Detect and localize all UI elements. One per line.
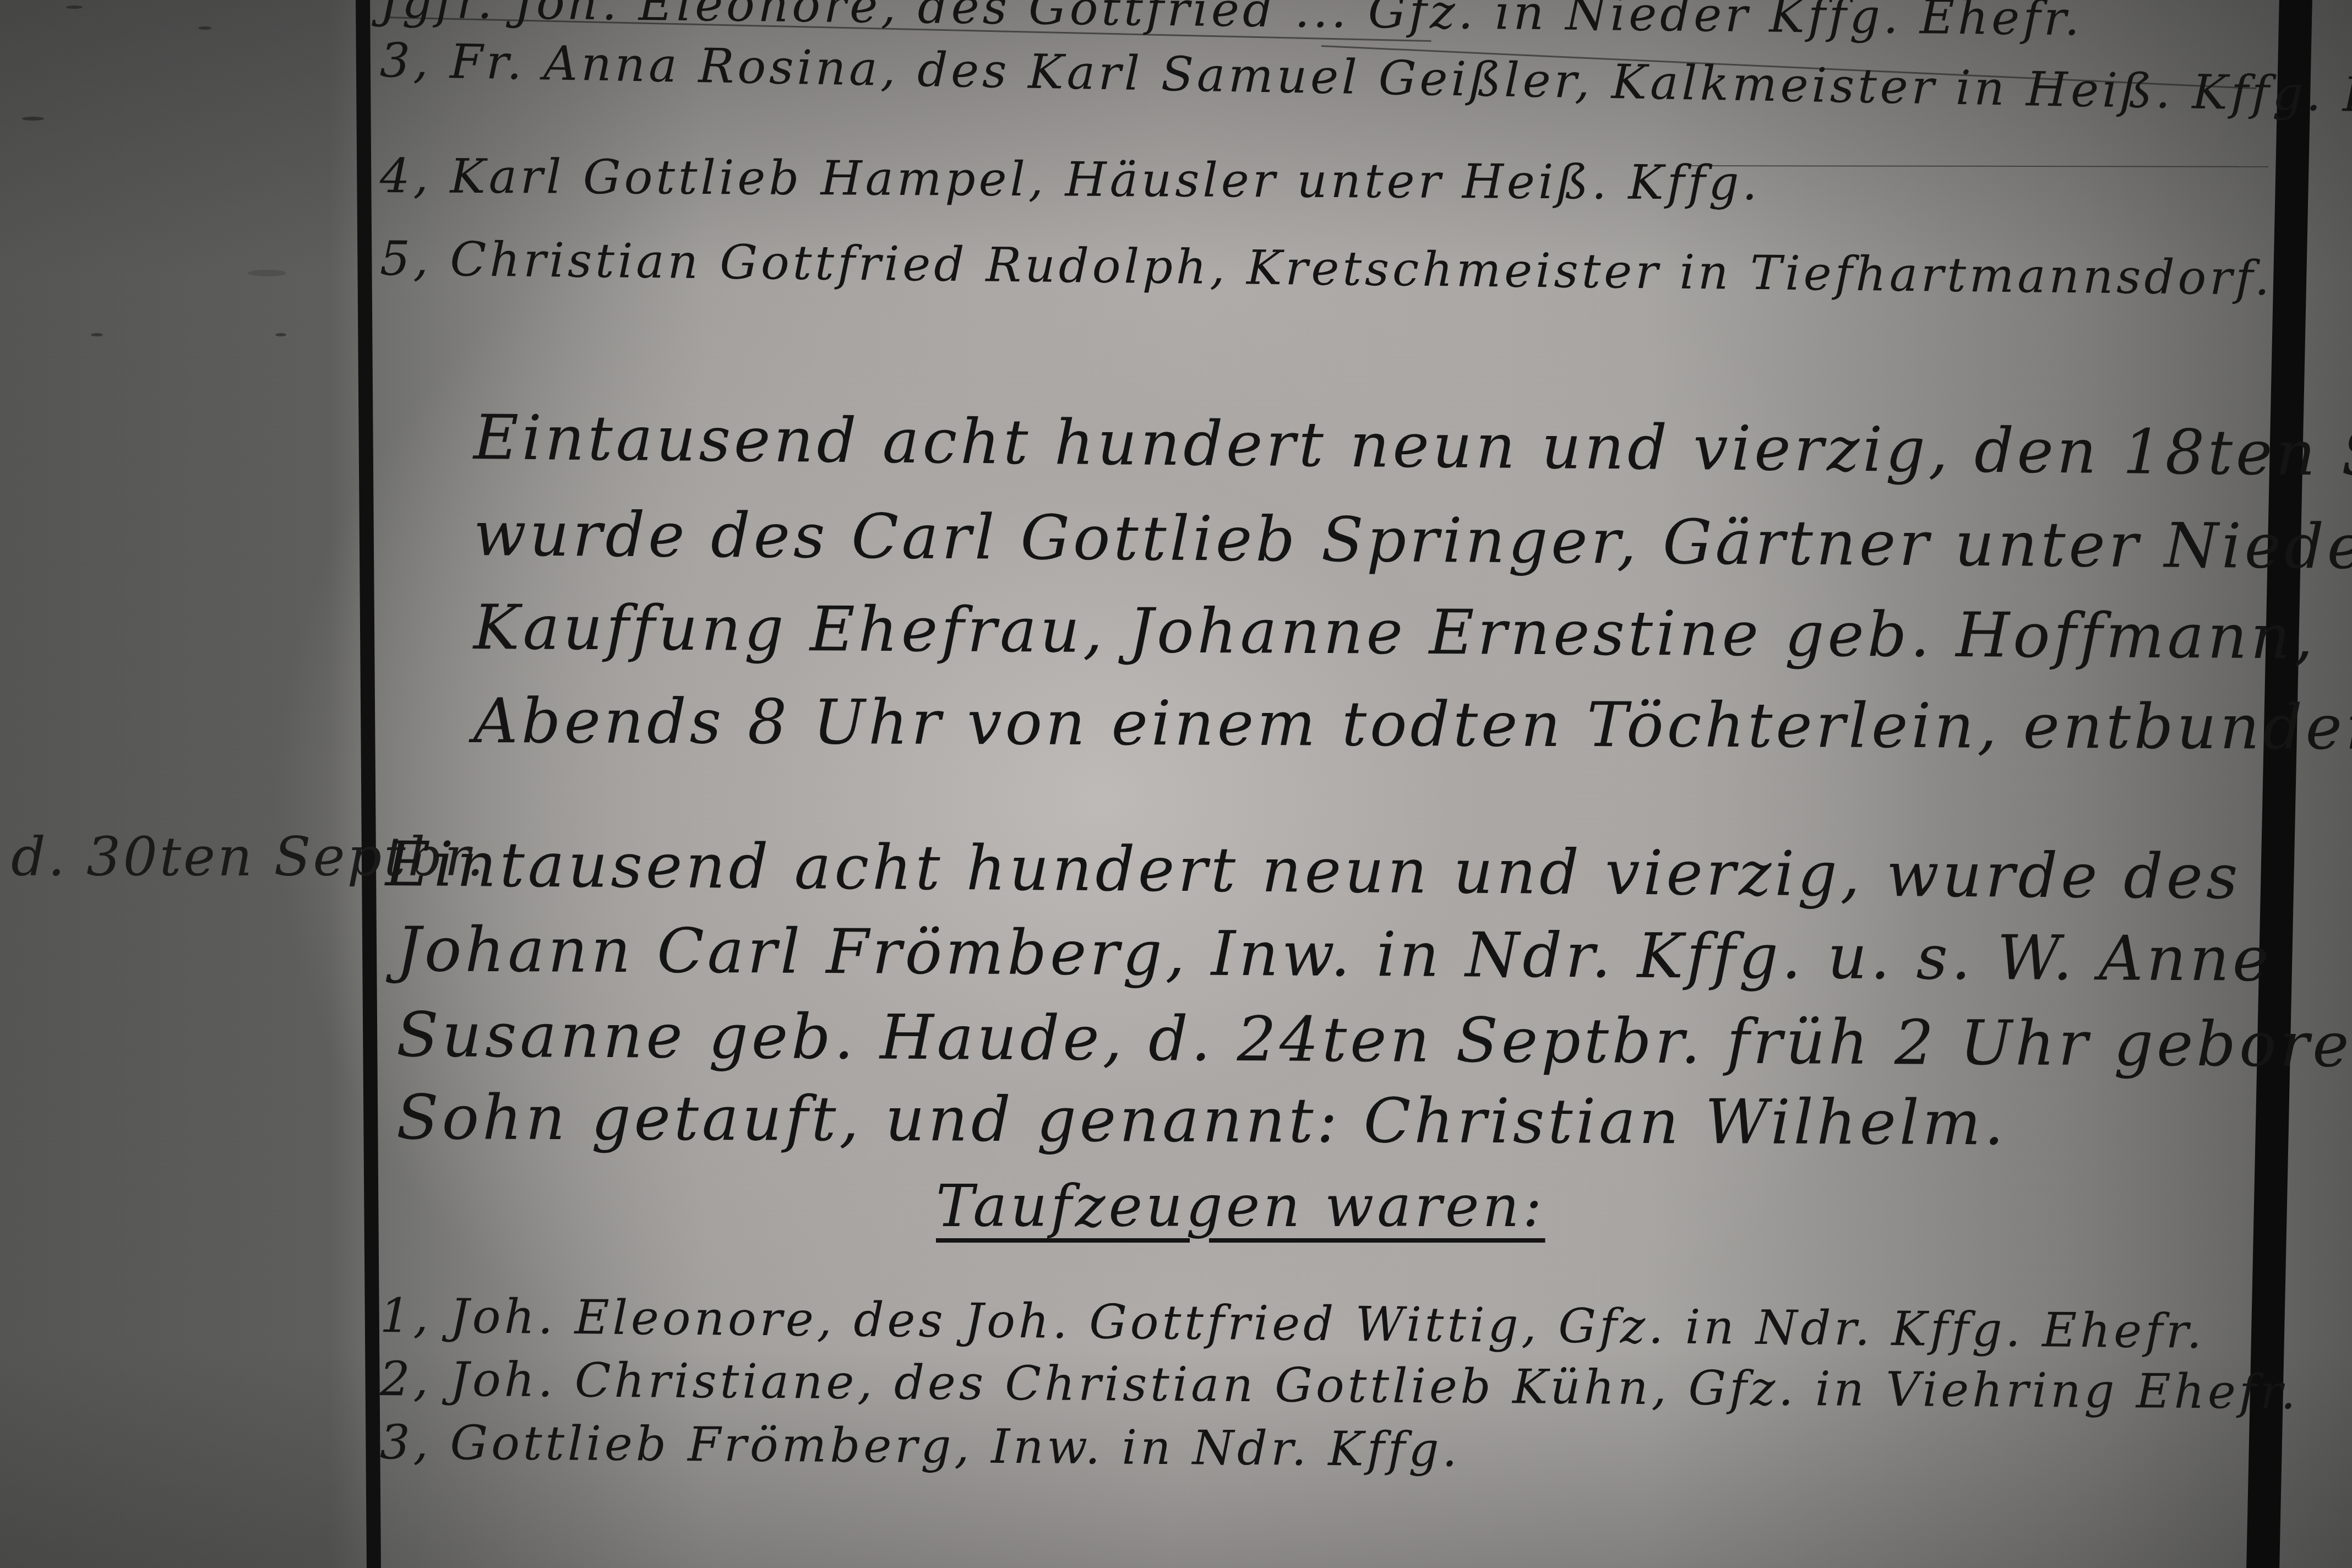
baptism-line: Johann Carl Frömberg, Inw. in Ndr. Kffg.… — [396, 914, 2273, 995]
paper-speck — [66, 6, 83, 9]
paper-speck — [22, 117, 44, 121]
baptism-line: Sohn getauft, und genannt: Christian Wil… — [396, 1082, 2007, 1159]
paper-speck — [275, 333, 286, 336]
baptism-line: Eintausend acht hundert neun und vierzig… — [385, 829, 2241, 913]
sponsors-heading: Taufzeugen waren: — [936, 1173, 1545, 1240]
prev-sponsor-line: 4, Karl Gottlieb Hampel, Häusler unter H… — [380, 149, 1761, 211]
stillbirth-line: Kauffung Ehefrau, Johanne Ernestine geb.… — [473, 592, 2317, 673]
stillbirth-line: Abends 8 Uhr von einem todten Töchterlei… — [473, 685, 2352, 764]
sponsor-line: 3, Gottlieb Frömberg, Inw. in Ndr. Kffg. — [380, 1415, 1461, 1478]
paper-speck — [91, 333, 103, 336]
paper-speck — [198, 26, 211, 30]
baptism-line: Susanne geb. Haude, d. 24ten Septbr. frü… — [396, 999, 2352, 1081]
paper-speck — [248, 270, 286, 276]
